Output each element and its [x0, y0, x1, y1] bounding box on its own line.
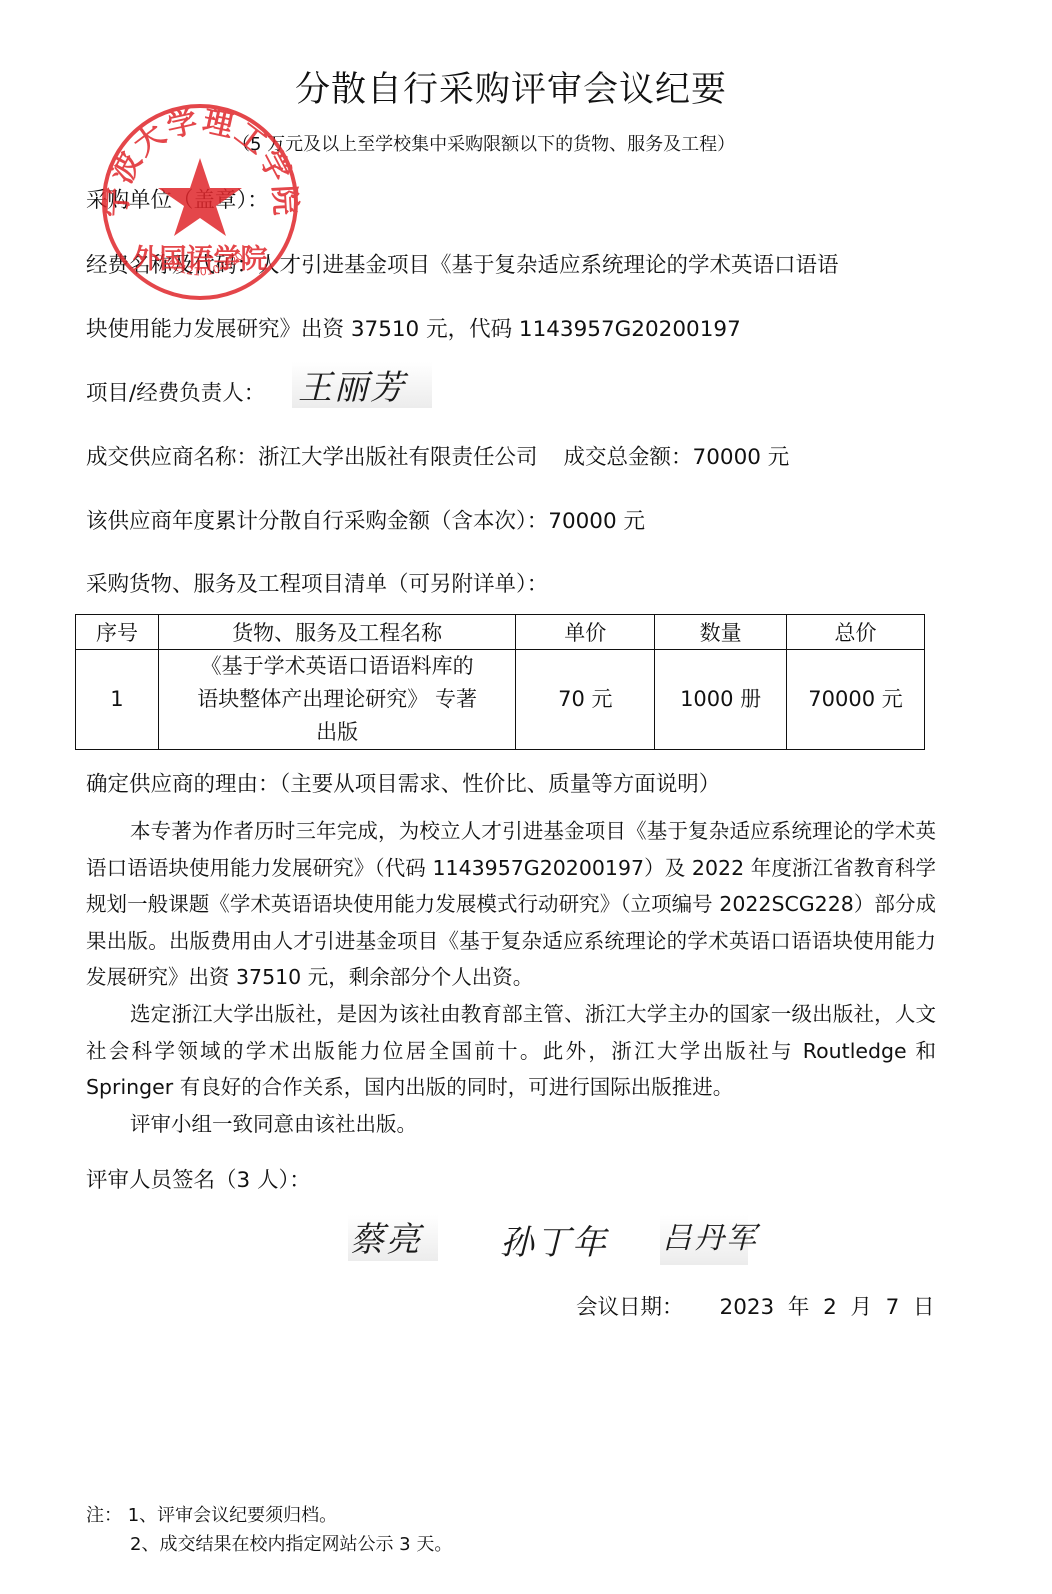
- meeting-date-month: 2: [823, 1295, 837, 1320]
- supplier-row: 成交供应商名称：浙江大学出版社有限责任公司成交总金额：70000 元: [86, 440, 789, 471]
- reviewers-label: 评审人员签名（3 人）：: [86, 1163, 311, 1194]
- month-unit: 月: [850, 1295, 872, 1320]
- reason-paragraph-2: 选定浙江大学出版社，是因为该社由教育部主管、浙江大学主办的国家一级出版社，人文社…: [86, 996, 936, 1106]
- annual-row: 该供应商年度累计分散自行采购金额（含本次）：70000 元: [86, 504, 645, 535]
- cell-name-line: 《基于学术英语口语语料库的: [165, 650, 509, 683]
- total-value: 70000 元: [693, 445, 790, 470]
- funding-row: 经费名称及代码：人才引进基金项目《基于复杂适应系统理论的学术英语口语语: [86, 248, 839, 279]
- funding-value: 人才引进基金项目《基于复杂适应系统理论的学术英语口语语: [258, 253, 839, 278]
- supplier-label: 成交供应商名称：: [86, 445, 258, 470]
- col-header-name: 货物、服务及工程名称: [158, 615, 515, 650]
- day-unit: 日: [913, 1295, 935, 1320]
- total-label: 成交总金额：: [564, 445, 693, 470]
- reason-paragraph-3: 评审小组一致同意由该社出版。: [86, 1106, 936, 1143]
- cell-total: 70000 元: [787, 650, 925, 750]
- meeting-date-day: 7: [886, 1295, 900, 1320]
- annual-label: 该供应商年度累计分散自行采购金额（含本次）：: [86, 509, 548, 534]
- table-header-row: 序号 货物、服务及工程名称 单价 数量 总价: [76, 615, 925, 650]
- note-1: 注： 1、评审会议纪要须归档。: [86, 1501, 337, 1527]
- note-2: 2、成交结果在校内指定网站公示 3 天。: [130, 1530, 452, 1556]
- meeting-date: 会议日期：2023 年 2 月 7 日: [576, 1290, 935, 1321]
- funding-label: 经费名称及代码：: [86, 253, 258, 278]
- owner-signature: 王丽芳: [298, 360, 406, 409]
- cell-name-line: 语块整体产出理论研究》 专著: [165, 683, 509, 716]
- col-header-total: 总价: [787, 615, 925, 650]
- col-header-no: 序号: [76, 615, 159, 650]
- cell-unit-price: 70 元: [516, 650, 655, 750]
- annual-value: 70000 元: [548, 509, 645, 534]
- note-prefix: 注：: [86, 1505, 122, 1526]
- cell-name-line: 出版: [165, 716, 509, 749]
- document-subtitle: （5 万元及以上至学校集中采购限额以下的货物、服务及工程）: [232, 130, 735, 156]
- reviewer-signature-2: 孙丁年: [500, 1215, 608, 1264]
- meeting-date-label: 会议日期：: [576, 1295, 684, 1320]
- purchaser-label: 采购单位（盖章）：: [86, 183, 269, 214]
- meeting-date-year: 2023: [720, 1295, 775, 1320]
- cell-no: 1: [76, 650, 159, 750]
- document-title: 分散自行采购评审会议纪要: [0, 62, 1022, 112]
- col-header-quantity: 数量: [655, 615, 787, 650]
- cell-quantity: 1000 册: [655, 650, 787, 750]
- reviewer-signature-1: 蔡亮: [350, 1212, 422, 1261]
- note-item: 1、评审会议纪要须归档。: [128, 1505, 337, 1526]
- reviewer-signature-3: 吕丹军: [662, 1213, 758, 1257]
- owner-label: 项目/经费负责人：: [86, 376, 265, 407]
- funding-value-cont: 块使用能力发展研究》出资 37510 元，代码 1143957G20200197: [86, 312, 741, 343]
- cell-name: 《基于学术英语口语语料库的 语块整体产出理论研究》 专著 出版: [158, 650, 515, 750]
- reason-paragraph-1: 本专著为作者历时三年完成，为校立人才引进基金项目《基于复杂适应系统理论的学术英语…: [86, 813, 936, 996]
- table-row: 1 《基于学术英语口语语料库的 语块整体产出理论研究》 专著 出版 70 元 1…: [76, 650, 925, 750]
- items-table: 序号 货物、服务及工程名称 单价 数量 总价 1 《基于学术英语口语语料库的 语…: [75, 614, 925, 750]
- reason-label: 确定供应商的理由：（主要从项目需求、性价比、质量等方面说明）: [86, 767, 720, 798]
- list-label: 采购货物、服务及工程项目清单（可另附详单）：: [86, 567, 548, 598]
- year-unit: 年: [788, 1295, 810, 1320]
- col-header-unit-price: 单价: [516, 615, 655, 650]
- supplier-value: 浙江大学出版社有限责任公司: [258, 445, 538, 470]
